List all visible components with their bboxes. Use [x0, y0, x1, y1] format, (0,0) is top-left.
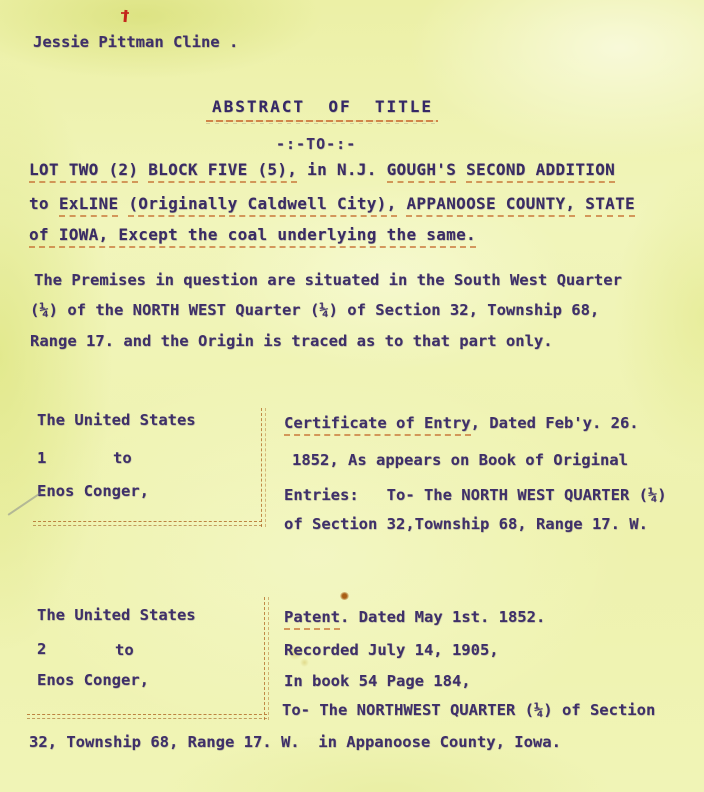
- entry-2-detail-line-4: To- The NORTHWEST QUARTER (¼) of Section: [282, 701, 655, 720]
- entry-2-detail-line-1: Patent. Dated May 1st. 1852.: [284, 608, 545, 627]
- entry-1-detail-line-2: 1852, As appears on Book of Original: [292, 451, 628, 470]
- premises-line-1: The Premises in question are situated in…: [34, 271, 622, 290]
- red-ink-mark: [121, 10, 130, 23]
- entry-1-grantee: Enos Conger,: [37, 482, 149, 501]
- page-title: ABSTRACT OF TITLE: [212, 97, 433, 117]
- entry-1-number: 1: [37, 449, 46, 468]
- pencil-crease-mark: [7, 492, 41, 516]
- entry-1-grantor: The United States: [37, 411, 196, 430]
- entry-2-detail-line-3: In book 54 Page 184,: [284, 672, 471, 691]
- entry-2-detail-line-2: Recorded July 14, 1905,: [284, 641, 499, 660]
- premises-line-3: Range 17. and the Origin is traced as to…: [30, 332, 553, 351]
- title-to-separator: -:-TO-:-: [276, 135, 356, 154]
- entry-1-vertical-rule: [261, 408, 266, 527]
- legal-description-line-3: of IOWA, Except the coal underlying the …: [29, 225, 476, 245]
- ink-stain: [340, 592, 349, 600]
- entry-2-horizontal-rule: [27, 714, 267, 719]
- title-underline: [206, 120, 438, 124]
- entry-1-horizontal-rule: [33, 521, 262, 526]
- entry-2-grantee: Enos Conger,: [37, 671, 149, 690]
- document-page: Jessie Pittman Cline . ABSTRACT OF TITLE…: [0, 0, 704, 792]
- entry-2-connector: to: [115, 641, 134, 660]
- entry-2-overflow-line: 32, Township 68, Range 17. W. in Appanoo…: [29, 733, 561, 752]
- premises-line-2: (¼) of the NORTH WEST Quarter (¼) of Sec…: [30, 301, 599, 320]
- entry-1-detail-line-3: Entries: To- The NORTH WEST QUARTER (¼): [284, 486, 667, 505]
- entry-2-vertical-rule: [264, 597, 269, 720]
- legal-description-line-1: LOT TWO (2) BLOCK FIVE (5), in N.J. GOUG…: [29, 160, 615, 180]
- entry-1-detail-line-1: Certificate of Entry, Dated Feb'y. 26.: [284, 414, 639, 433]
- entry-2-grantor: The United States: [37, 606, 196, 625]
- entry-1-detail-line-4: of Section 32,Township 68, Range 17. W.: [284, 515, 648, 534]
- owner-name: Jessie Pittman Cline .: [33, 33, 238, 52]
- entry-1-connector: to: [113, 449, 132, 468]
- legal-description-line-2: to ExLINE (Originally Caldwell City), AP…: [29, 194, 635, 214]
- entry-2-number: 2: [37, 640, 46, 659]
